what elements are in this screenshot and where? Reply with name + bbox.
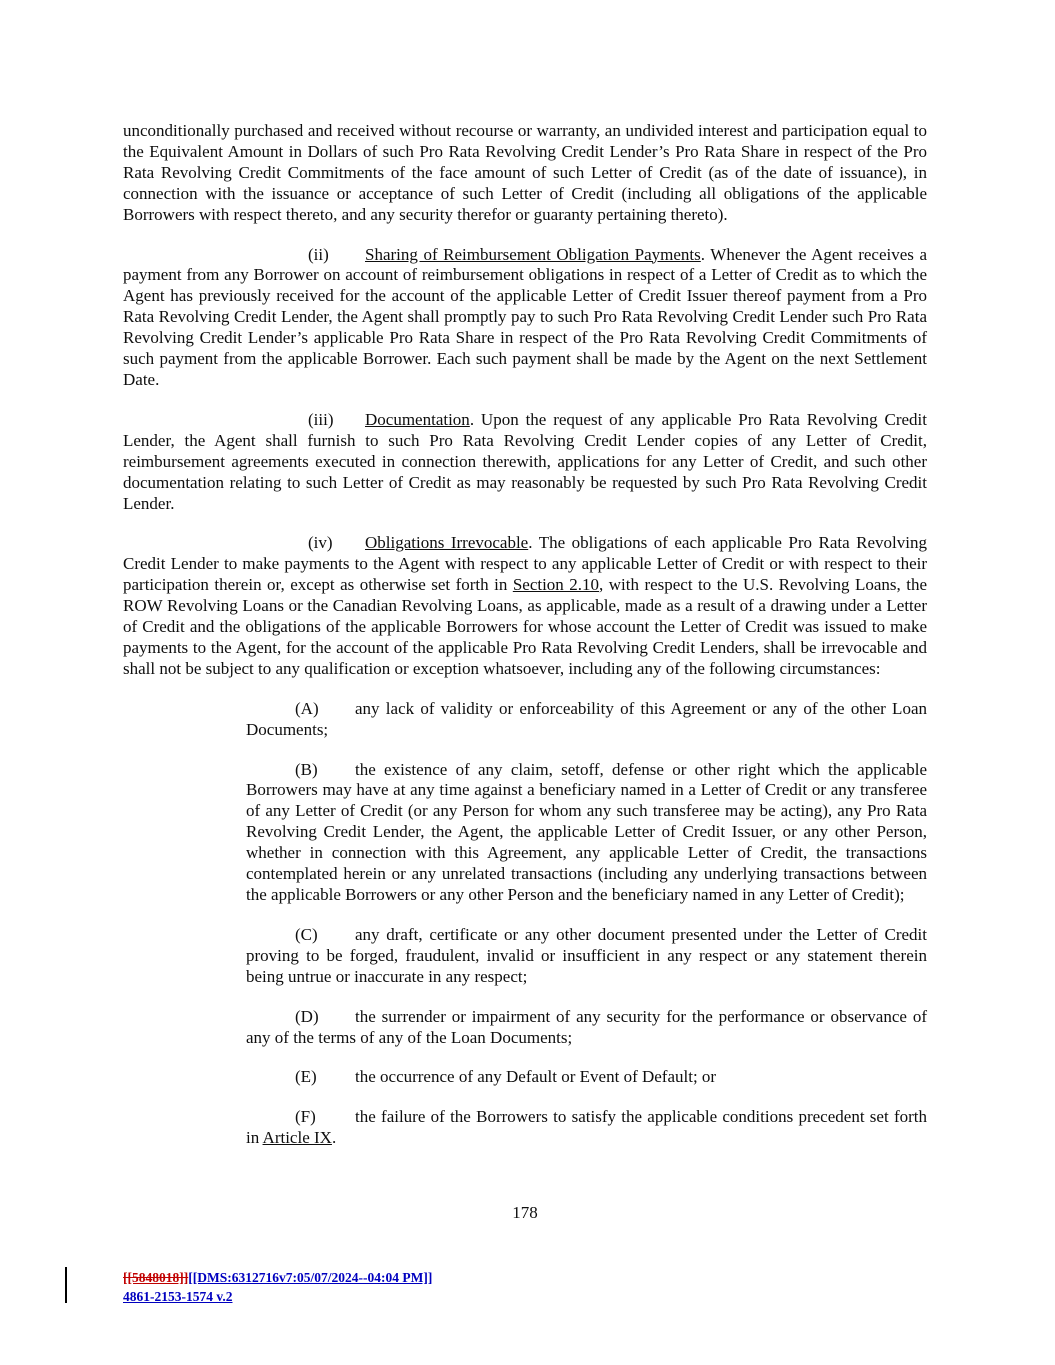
footer-dms-stamp: [[DMS:6312716v7:05/07/2024--04:04 PM]]: [188, 1270, 432, 1285]
underlined-text: Documentation: [365, 410, 470, 429]
paragraph-label: (E): [295, 1067, 355, 1088]
paragraph-label: (C): [295, 925, 355, 946]
paragraph-label: (ii): [308, 245, 365, 266]
paragraph: (E)the occurrence of any Default or Even…: [246, 1067, 927, 1088]
paragraph-label: (iv): [308, 533, 365, 554]
paragraph: unconditionally purchased and received w…: [123, 121, 927, 226]
text-run: . Whenever the Agent receives a payment …: [123, 245, 927, 389]
paragraph: (iii)Documentation. Upon the request of …: [123, 410, 927, 515]
text-run: unconditionally purchased and received w…: [123, 121, 927, 224]
footer: [[5848018]][[DMS:6312716v7:05/07/2024--0…: [123, 1269, 432, 1306]
footer-line-1: [[5848018]][[DMS:6312716v7:05/07/2024--0…: [123, 1269, 432, 1288]
text-run: . Upon the request of any applicable Pro…: [123, 410, 927, 513]
text-run: the occurrence of any Default or Event o…: [355, 1067, 716, 1086]
paragraph-label: (D): [295, 1007, 355, 1028]
paragraph: (C)any draft, certificate or any other d…: [246, 925, 927, 988]
footer-deleted-text: [[5848018]]: [123, 1270, 188, 1285]
paragraph: (B)the existence of any claim, setoff, d…: [246, 760, 927, 906]
paragraph: (ii)Sharing of Reimbursement Obligation …: [123, 245, 927, 391]
underlined-text: Obligations Irrevocable: [365, 533, 528, 552]
paragraph: (iv)Obligations Irrevocable. The obligat…: [123, 533, 927, 679]
paragraph-label: (B): [295, 760, 355, 781]
paragraph: (F)the failure of the Borrowers to satis…: [246, 1107, 927, 1149]
text-run: the existence of any claim, setoff, defe…: [246, 760, 927, 904]
text-body: unconditionally purchased and received w…: [123, 121, 927, 1168]
paragraph-label: (iii): [308, 410, 365, 431]
change-bar: [65, 1267, 67, 1303]
paragraph-label: (A): [295, 699, 355, 720]
text-run: .: [332, 1128, 336, 1147]
paragraph: (D)the surrender or impairment of any se…: [246, 1007, 927, 1049]
underlined-text: Article IX: [263, 1128, 332, 1147]
underlined-text: Section 2.10: [513, 575, 599, 594]
page-number: 178: [123, 1202, 927, 1223]
paragraph: (A)any lack of validity or enforceabilit…: [246, 699, 927, 741]
underlined-text: Sharing of Reimbursement Obligation Paym…: [365, 245, 701, 264]
document-page: unconditionally purchased and received w…: [0, 0, 1055, 1365]
footer-doc-id: 4861-2153-1574 v.2: [123, 1288, 432, 1307]
paragraph-label: (F): [295, 1107, 355, 1128]
